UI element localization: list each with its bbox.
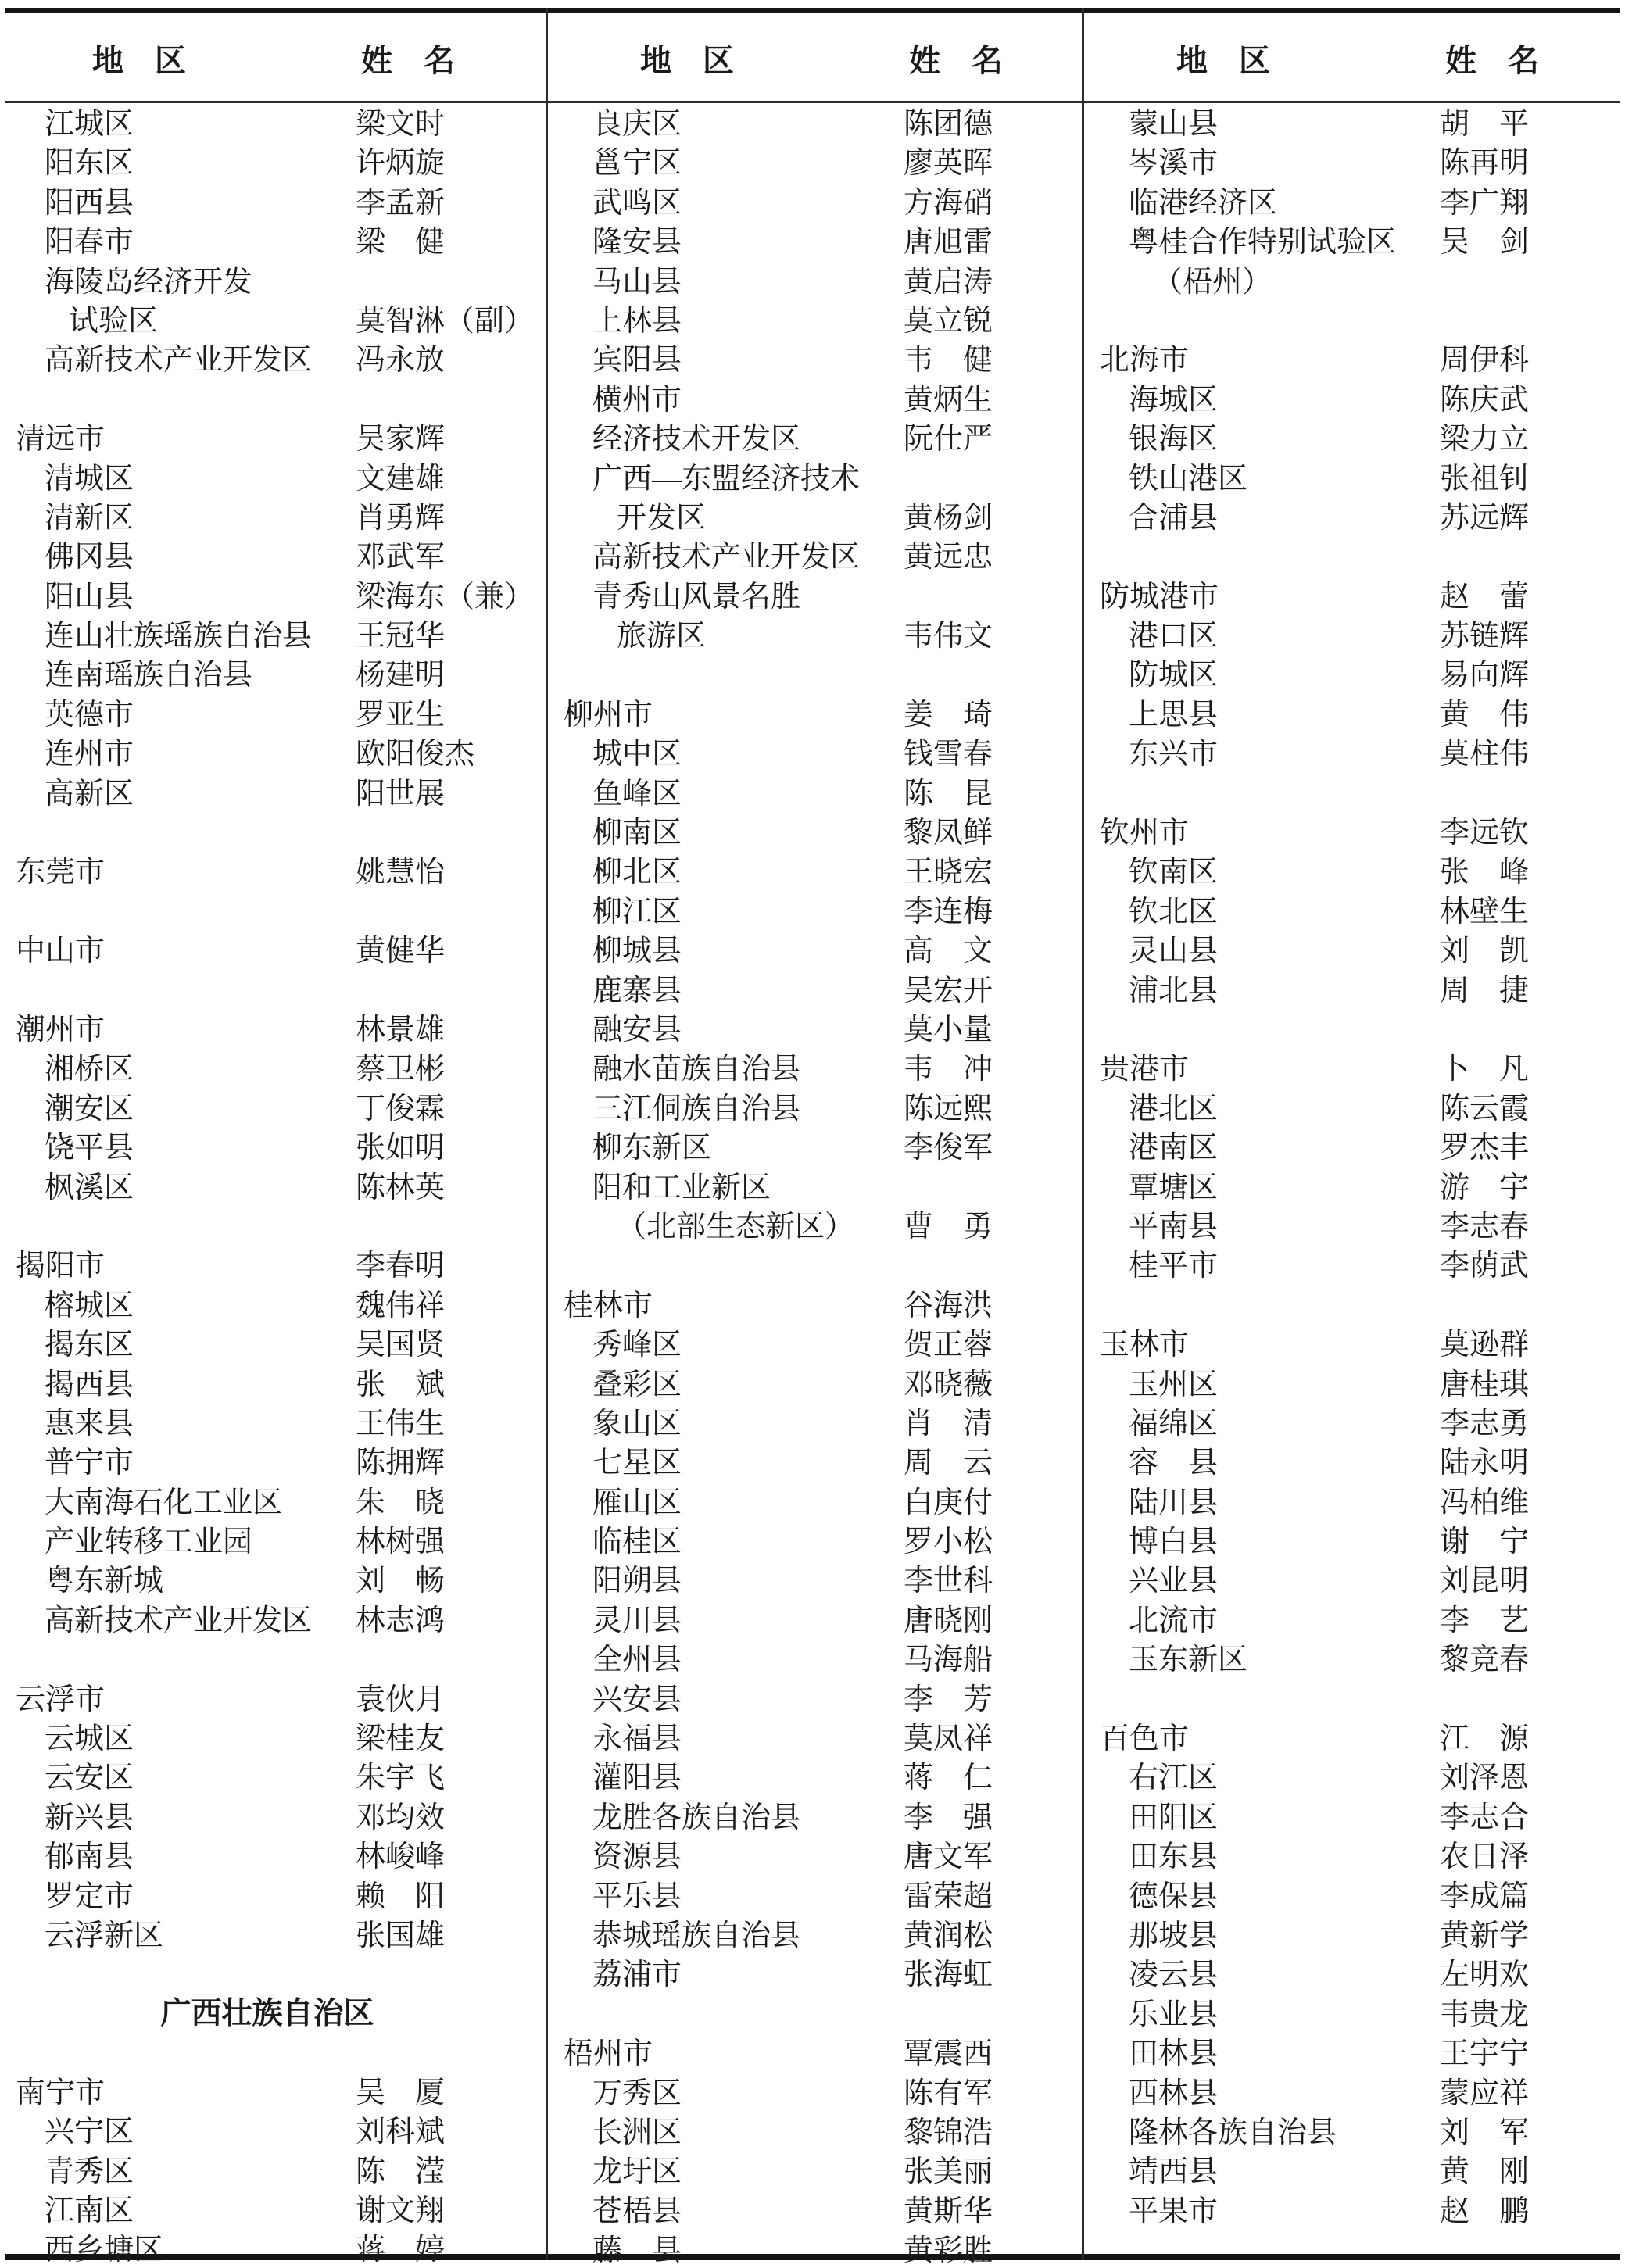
name-cell: 姜 琦	[904, 696, 993, 735]
region-cell: 灵山县	[1129, 932, 1218, 971]
table-row: 东兴市莫柱伟	[1084, 735, 1619, 774]
table-row: 融安县莫小量	[548, 1011, 1083, 1050]
region-cell: 隆林各族自治县	[1129, 2113, 1337, 2152]
name-cell: 覃震西	[904, 2034, 993, 2073]
table-row: 田阳区李志合	[1084, 1798, 1619, 1837]
table-row: 柳南区黎凤鲜	[548, 814, 1083, 853]
table-row: 博白县谢 宁	[1084, 1522, 1619, 1561]
region-cell: 青秀山风景名胜	[592, 578, 800, 617]
region-cell: 容 县	[1129, 1443, 1218, 1483]
spacer-row	[1084, 1011, 1619, 1050]
name-cell: 李 芳	[904, 1680, 993, 1719]
region-cell: 广西—东盟经济技术	[592, 460, 860, 499]
table-row: 万秀区陈有军	[548, 2074, 1083, 2113]
name-cell: 李志合	[1440, 1798, 1529, 1837]
name-cell: 朱宇飞	[356, 1758, 445, 1798]
table-row: 福绵区李志勇	[1084, 1404, 1619, 1443]
table-row: 揭阳市李春明	[0, 1247, 535, 1286]
table-row: 玉州区唐桂琪	[1084, 1365, 1619, 1404]
region-cell: 云浮市	[16, 1680, 105, 1719]
table-row: 融水苗族自治县韦 冲	[548, 1050, 1083, 1089]
region-cell: 永福县	[592, 1719, 682, 1758]
name-cell: 梁力立	[1440, 420, 1529, 459]
region-cell: 武鸣区	[592, 184, 682, 223]
region-cell: 江南区	[45, 2191, 134, 2230]
name-cell: 陈 昆	[904, 774, 993, 814]
name-cell: 吴 厦	[356, 2073, 445, 2112]
name-cell: 阳世展	[356, 774, 445, 814]
region-cell: 三江侗族自治县	[592, 1089, 800, 1129]
table-row: 柳城县高 文	[548, 932, 1083, 971]
name-cell: 文建雄	[356, 460, 445, 499]
table-row: 云浮新区张国雄	[0, 1916, 535, 1955]
region-cell: 柳城县	[592, 932, 682, 971]
region-cell: 上林县	[592, 302, 682, 341]
name-cell: 李 艺	[1440, 1601, 1529, 1640]
region-cell: 海陵岛经济开发	[45, 263, 252, 302]
table-row: 梧州市覃震西	[548, 2034, 1083, 2073]
table-row: 百色市江 源	[1084, 1719, 1619, 1758]
region-cell: 良庆区	[592, 105, 682, 144]
region-cell: 高新技术产业开发区	[45, 341, 312, 380]
name-cell: 黄启涛	[904, 263, 993, 302]
region-cell: 融安县	[592, 1011, 682, 1050]
region-cell: 叠彩区	[592, 1365, 682, 1404]
name-cell: 陆永明	[1440, 1443, 1529, 1483]
region-cell: 潮州市	[16, 1011, 105, 1050]
name-cell: 魏伟祥	[356, 1286, 445, 1325]
region-cell: 苍梧县	[592, 2192, 682, 2231]
table-row: 雁山区白庚付	[548, 1483, 1083, 1522]
name-cell: 谢文翔	[356, 2191, 445, 2230]
region-cell: 那坡县	[1129, 1916, 1218, 1955]
region-cell: 临港经济区	[1129, 184, 1277, 223]
region-cell: 隆安县	[592, 223, 682, 262]
name-cell: 黄新学	[1440, 1916, 1529, 1955]
name-cell: 罗杰丰	[1440, 1129, 1529, 1168]
region-cell: 靖西县	[1129, 2152, 1218, 2191]
table-row: 平乐县雷荣超	[548, 1877, 1083, 1916]
table-row: 灵川县唐晓刚	[548, 1601, 1083, 1640]
name-cell: 莫立锐	[904, 302, 993, 341]
region-cell: 云城区	[45, 1719, 134, 1758]
name-cell: 黄杨剑	[904, 499, 993, 538]
region-cell: 枫溪区	[45, 1168, 134, 1207]
table-row: 柳北区王晓宏	[548, 853, 1083, 892]
region-cell: 粤桂合作特别试验区	[1129, 223, 1396, 262]
table-row: 苍梧县黄斯华	[548, 2192, 1083, 2231]
table-row: 江南区谢文翔	[0, 2191, 535, 2230]
table-row: 宾阳县韦 健	[548, 341, 1083, 380]
table-row: 揭东区吴国贤	[0, 1325, 535, 1365]
table-row: 横州市黄炳生	[548, 381, 1083, 420]
table-row: 恭城瑶族自治县黄润松	[548, 1916, 1083, 1955]
table-row: 钦南区张 峰	[1084, 853, 1619, 892]
name-cell: 许炳旋	[356, 144, 445, 183]
region-cell: 钦北区	[1129, 893, 1218, 932]
table-row: 灌阳县蒋 仁	[548, 1758, 1083, 1798]
name-cell: 刘 凯	[1440, 932, 1529, 971]
table-row: 田东县农日泽	[1084, 1837, 1619, 1876]
region-cell: 龙圩区	[592, 2152, 682, 2191]
region-cell: 横州市	[592, 381, 682, 420]
name-cell: 左明欢	[1440, 1955, 1529, 1994]
table-row: 阳东区许炳旋	[0, 144, 535, 183]
table-row: 永福县莫凤祥	[548, 1719, 1083, 1758]
name-cell: 陈再明	[1440, 144, 1529, 183]
region-cell: 玉林市	[1100, 1325, 1189, 1365]
name-cell: 李 强	[904, 1798, 993, 1837]
table-row: 新兴县邓均效	[0, 1798, 535, 1837]
name-cell: 赖 阳	[356, 1877, 445, 1916]
table-row: 兴宁区刘科斌	[0, 2112, 535, 2152]
region-cell: 钦南区	[1129, 853, 1218, 892]
region-cell: 龙胜各族自治县	[592, 1798, 800, 1837]
region-cell: 新兴县	[45, 1798, 134, 1837]
name-cell: 李世科	[904, 1561, 993, 1601]
name-cell: 王宇宁	[1440, 2034, 1529, 2073]
table-row: 秀峰区贺正蓉	[548, 1325, 1083, 1365]
table-row: 桂平市李荫武	[1084, 1247, 1619, 1286]
region-cell: 港口区	[1129, 617, 1218, 656]
name-cell: 胡 平	[1440, 105, 1529, 144]
name-cell: 林峻峰	[356, 1837, 445, 1876]
region-cell: 阳朔县	[592, 1561, 682, 1601]
table-row: 叠彩区邓晓薇	[548, 1365, 1083, 1404]
region-cell: 城中区	[592, 735, 682, 774]
region-cell: 雁山区	[592, 1483, 682, 1522]
table-row: 邕宁区廖英晖	[548, 144, 1083, 183]
table-row: 高新技术产业开发区林志鸿	[0, 1601, 535, 1640]
table-row: 隆林各族自治县刘 军	[1084, 2113, 1619, 2152]
region-cell: 东莞市	[16, 853, 105, 892]
region-cell: 马山县	[592, 263, 682, 302]
column-header: 地 区 姓 名	[1084, 36, 1619, 83]
name-cell: 刘科斌	[356, 2112, 445, 2152]
region-cell: 覃塘区	[1129, 1168, 1218, 1207]
region-cell: 合浦县	[1129, 499, 1218, 538]
table-row: 兴业县刘昆明	[1084, 1561, 1619, 1601]
table-row: 钦州市李远钦	[1084, 814, 1619, 853]
region-cell: 饶平县	[45, 1129, 134, 1168]
table-row: 青秀山风景名胜	[548, 578, 1083, 617]
name-cell: 游 宇	[1440, 1168, 1529, 1207]
name-cell: 赵 蕾	[1440, 578, 1529, 617]
name-cell: 农日泽	[1440, 1837, 1529, 1876]
table-row: 七星区周 云	[548, 1443, 1083, 1483]
region-cell: 柳江区	[592, 893, 682, 932]
table-row: 玉东新区黎竞春	[1084, 1640, 1619, 1680]
table-row: 惠来县王伟生	[0, 1404, 535, 1443]
region-cell: 罗定市	[45, 1877, 134, 1916]
region-header-label: 地 区	[640, 36, 734, 80]
table-row: 南宁市吴 厦	[0, 2073, 535, 2112]
name-cell: 姚慧怡	[356, 853, 445, 892]
region-cell: （北部生态新区）	[617, 1207, 854, 1247]
region-cell: 兴安县	[592, 1680, 682, 1719]
region-cell: 荔浦市	[592, 1955, 682, 1994]
name-cell: 刘 军	[1440, 2113, 1529, 2152]
region-cell: 南宁市	[16, 2073, 105, 2112]
table-row: 上思县黄 伟	[1084, 696, 1619, 735]
name-cell: 冯柏维	[1440, 1483, 1529, 1522]
table-row: 德保县李成篇	[1084, 1877, 1619, 1916]
region-cell: 阳西县	[45, 184, 134, 223]
region-cell: 博白县	[1129, 1522, 1218, 1561]
name-cell: 李连梅	[904, 893, 993, 932]
name-cell: 黄远忠	[904, 538, 993, 577]
name-cell: 林壁生	[1440, 893, 1529, 932]
name-cell: 莫智淋（副）	[356, 302, 534, 341]
column-header: 地 区 姓 名	[548, 36, 1083, 83]
region-cell: 百色市	[1100, 1719, 1189, 1758]
name-cell: 陈林英	[356, 1168, 445, 1207]
name-cell: 黄斯华	[904, 2192, 993, 2231]
region-cell: 玉州区	[1129, 1365, 1218, 1404]
spacer-row	[1084, 302, 1619, 341]
region-cell: 阳山县	[45, 578, 134, 617]
table-row: 阳山县梁海东（兼）	[0, 578, 535, 617]
region-cell: 阳和工业新区	[592, 1168, 771, 1207]
region-cell: 清新区	[45, 499, 134, 538]
region-cell: 柳州市	[564, 696, 653, 735]
name-cell: 梁 健	[356, 223, 445, 262]
name-cell: 张国雄	[356, 1916, 445, 1955]
table-row: 田林县王宇宁	[1084, 2034, 1619, 2073]
table-row: 上林县莫立锐	[548, 302, 1083, 341]
spacer-row	[548, 656, 1083, 695]
region-cell: 银海区	[1129, 420, 1218, 459]
region-cell: 旅游区	[617, 617, 706, 656]
region-header-label: 地 区	[1176, 36, 1270, 80]
table-row: 乐业县韦贵龙	[1084, 1995, 1619, 2034]
table-row: 灵山县刘 凯	[1084, 932, 1619, 971]
region-cell: 佛冈县	[45, 538, 134, 577]
table-row: 那坡县黄新学	[1084, 1916, 1619, 1955]
name-cell: 丁俊霖	[356, 1089, 445, 1129]
name-cell: 谢 宁	[1440, 1522, 1529, 1561]
region-cell: 北海市	[1100, 341, 1189, 380]
spacer-row	[0, 893, 535, 932]
name-cell: 吴 剑	[1440, 223, 1529, 262]
table-row: 东莞市姚慧怡	[0, 853, 535, 892]
name-cell: 周 捷	[1440, 971, 1529, 1011]
table-row: 湘桥区蔡卫彬	[0, 1050, 535, 1089]
table-row: 北海市周伊科	[1084, 341, 1619, 380]
region-cell: 英德市	[45, 696, 134, 735]
table-row: 高新技术产业开发区黄远忠	[548, 538, 1083, 577]
table-row: 龙胜各族自治县李 强	[548, 1798, 1083, 1837]
region-cell: 云浮新区	[45, 1916, 163, 1955]
region-cell: 桂林市	[564, 1286, 653, 1325]
name-cell: 易向辉	[1440, 656, 1529, 695]
name-cell: 李成篇	[1440, 1877, 1529, 1916]
table-row: 连州市欧阳俊杰	[0, 735, 535, 774]
table-row: 长洲区黎锦浩	[548, 2113, 1083, 2152]
region-cell: 平果市	[1129, 2192, 1218, 2231]
region-cell: 东兴市	[1129, 735, 1218, 774]
region-cell: 陆川县	[1129, 1483, 1218, 1522]
table-row: 贵港市卜 凡	[1084, 1050, 1619, 1089]
region-cell: 融水苗族自治县	[592, 1050, 800, 1089]
table-row: 清新区肖勇辉	[0, 499, 535, 538]
table-row: 佛冈县邓武军	[0, 538, 535, 577]
name-cell: 李春明	[356, 1247, 445, 1286]
table-row: 隆安县唐旭雷	[548, 223, 1083, 262]
table-row: 云浮市袁伙月	[0, 1680, 535, 1719]
region-cell: 高新技术产业开发区	[45, 1601, 312, 1640]
region-cell: 青秀区	[45, 2152, 134, 2191]
table-row: 广西—东盟经济技术	[548, 460, 1083, 499]
region-cell: 开发区	[617, 499, 706, 538]
region-cell: 惠来县	[45, 1404, 134, 1443]
table-row: 郁南县林峻峰	[0, 1837, 535, 1876]
region-cell: 七星区	[592, 1443, 682, 1483]
name-cell: 林景雄	[356, 1011, 445, 1050]
table-row: 临桂区罗小松	[548, 1522, 1083, 1561]
name-cell: 赵 鹏	[1440, 2192, 1529, 2231]
region-cell: 清城区	[45, 460, 134, 499]
name-cell: 刘昆明	[1440, 1561, 1529, 1601]
name-cell: 唐旭雷	[904, 223, 993, 262]
table-row: 凌云县左明欢	[1084, 1955, 1619, 1994]
top-rule	[5, 8, 1620, 13]
table-row: 柳东新区李俊军	[548, 1129, 1083, 1168]
region-cell: 揭东区	[45, 1325, 134, 1365]
table-row: 潮州市林景雄	[0, 1011, 535, 1050]
spacer-row	[0, 381, 535, 420]
region-cell: 粤东新城	[45, 1561, 163, 1601]
spacer-row	[1084, 538, 1619, 577]
table-row: 荔浦市张海虹	[548, 1955, 1083, 1994]
table-row: 高新区阳世展	[0, 774, 535, 814]
region-cell: 柳南区	[592, 814, 682, 853]
name-cell: 苏链辉	[1440, 617, 1529, 656]
table-row: 西乡塘区蒋 婷	[0, 2230, 535, 2268]
table-row: 兴安县李 芳	[548, 1680, 1083, 1719]
name-header-label: 姓 名	[909, 36, 1003, 80]
table-column-1: 江城区梁文时阳东区许炳旋阳西县李孟新阳春市梁 健海陵岛经济开发试验区莫智淋（副）…	[0, 105, 535, 2268]
name-cell: 刘 畅	[356, 1561, 445, 1601]
name-cell: 陈庆武	[1440, 381, 1529, 420]
table-row: 高新技术产业开发区冯永放	[0, 341, 535, 380]
table-row: 西林县蒙应祥	[1084, 2074, 1619, 2113]
region-cell: （梧州）	[1153, 263, 1272, 302]
region-cell: 玉东新区	[1129, 1640, 1247, 1680]
name-cell: 苏远辉	[1440, 499, 1529, 538]
spacer-row	[1084, 1286, 1619, 1325]
name-cell: 陈团德	[904, 105, 993, 144]
name-cell: 钱雪春	[904, 735, 993, 774]
table-row: 揭西县张 斌	[0, 1365, 535, 1404]
name-cell: 陈云霞	[1440, 1089, 1529, 1129]
table-row: 连山壮族瑶族自治县王冠华	[0, 617, 535, 656]
table-row: 产业转移工业园林树强	[0, 1522, 535, 1561]
name-cell: 江 源	[1440, 1719, 1529, 1758]
name-cell: 邓晓薇	[904, 1365, 993, 1404]
name-cell: 李志勇	[1440, 1404, 1529, 1443]
name-cell: 马海船	[904, 1640, 993, 1680]
region-cell: 岑溪市	[1129, 144, 1218, 183]
region-cell: 田东县	[1129, 1837, 1218, 1876]
table-row: 马山县黄启涛	[548, 263, 1083, 302]
region-cell: 邕宁区	[592, 144, 682, 183]
region-cell: 右江区	[1129, 1758, 1218, 1798]
name-cell: 梁文时	[356, 105, 445, 144]
name-cell: 周伊科	[1440, 341, 1529, 380]
table-row: 普宁市陈拥辉	[0, 1443, 535, 1483]
region-cell: 秀峰区	[592, 1325, 682, 1365]
table-column-2: 良庆区陈团德邕宁区廖英晖武鸣区方海硝隆安县唐旭雷马山县黄启涛上林县莫立锐宾阳县韦…	[548, 105, 1083, 2268]
table-row: 浦北县周 捷	[1084, 971, 1619, 1011]
name-cell: 邓武军	[356, 538, 445, 577]
region-cell: 德保县	[1129, 1877, 1218, 1916]
name-cell: 廖英晖	[904, 144, 993, 183]
spacer-row	[0, 1207, 535, 1247]
spacer-row	[0, 1640, 535, 1680]
name-cell: 莫逊群	[1440, 1325, 1529, 1365]
table-row: 容 县陆永明	[1084, 1443, 1619, 1483]
region-cell: 西林县	[1129, 2074, 1218, 2113]
table-row: 开发区黄杨剑	[548, 499, 1083, 538]
table-row: 云安区朱宇飞	[0, 1758, 535, 1798]
name-cell: 陈 滢	[356, 2152, 445, 2191]
region-cell: 揭阳市	[16, 1247, 105, 1286]
table-row: 鹿寨县吴宏开	[548, 971, 1083, 1011]
name-cell: 韦 冲	[904, 1050, 993, 1089]
spacer-row	[1084, 1680, 1619, 1719]
table-row: 良庆区陈团德	[548, 105, 1083, 144]
table-row: 英德市罗亚生	[0, 696, 535, 735]
name-cell: 黄彩胜	[904, 2231, 993, 2268]
region-cell: 灵川县	[592, 1601, 682, 1640]
name-cell: 张美丽	[904, 2152, 993, 2191]
region-cell: 阳春市	[45, 223, 134, 262]
table-row: 临港经济区李广翔	[1084, 184, 1619, 223]
table-row: 陆川县冯柏维	[1084, 1483, 1619, 1522]
name-cell: 阮仕严	[904, 420, 993, 459]
name-cell: 蔡卫彬	[356, 1050, 445, 1089]
name-cell: 陈拥辉	[356, 1443, 445, 1483]
region-cell: 试验区	[69, 302, 158, 341]
name-cell: 李孟新	[356, 184, 445, 223]
region-cell: 湘桥区	[45, 1050, 134, 1089]
table-row: 鱼峰区陈 昆	[548, 774, 1083, 814]
region-cell: 兴宁区	[45, 2112, 134, 2152]
name-cell: 卜 凡	[1440, 1050, 1529, 1089]
name-cell: 唐文军	[904, 1837, 993, 1876]
table-row: 港北区陈云霞	[1084, 1089, 1619, 1129]
name-cell: 韦 健	[904, 341, 993, 380]
region-cell: 柳东新区	[592, 1129, 711, 1168]
name-cell: 张祖钊	[1440, 460, 1529, 499]
name-cell: 王冠华	[356, 617, 445, 656]
table-row: 藤 县黄彩胜	[548, 2231, 1083, 2268]
name-cell: 肖 清	[904, 1404, 993, 1443]
table-row: 大南海石化工业区朱 晓	[0, 1483, 535, 1522]
name-cell: 黄健华	[356, 932, 445, 971]
name-cell: 李广翔	[1440, 184, 1529, 223]
table-row: 云城区梁桂友	[0, 1719, 535, 1758]
table-row: 阳朔县李世科	[548, 1561, 1083, 1601]
name-cell: 韦伟文	[904, 617, 993, 656]
table-row: 饶平县张如明	[0, 1129, 535, 1168]
table-row: 防城港市赵 蕾	[1084, 578, 1619, 617]
region-cell: 资源县	[592, 1837, 682, 1876]
table-row: 银海区梁力立	[1084, 420, 1619, 459]
name-cell: 张 峰	[1440, 853, 1529, 892]
region-cell: 中山市	[16, 932, 105, 971]
